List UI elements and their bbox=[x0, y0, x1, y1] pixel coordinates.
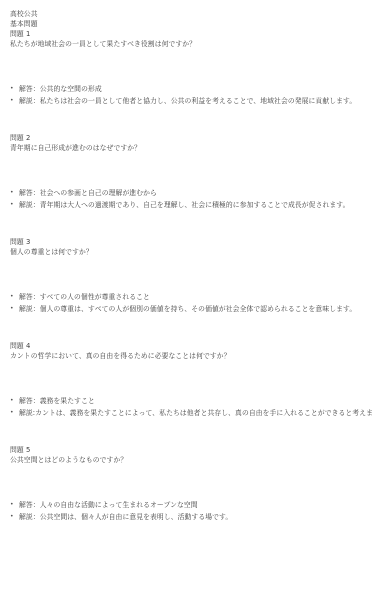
explanation-text: 解説：個人の尊重は、すべての人が個別の価値を持ち、その価値が社会全体で認められる… bbox=[19, 303, 356, 315]
list-item: • 解答：すべての人の個性が尊重されること bbox=[10, 291, 367, 303]
list-item: • 解説：青年期は大人への過渡期であり、自己を理解し、社会に積極的に参加すること… bbox=[10, 199, 367, 211]
answer-list: • 解答：人々の自由な活動によって生まれるオープンな空間 • 解説：公共空間は、… bbox=[10, 499, 367, 523]
bullet-icon: • bbox=[10, 83, 19, 95]
question-text: 個人の尊重とは何ですか？ bbox=[10, 247, 367, 257]
question-section-2: 問題 2 青年期に自己形成が進むのはなぜですか？ • 解答：社会への参画と自己の… bbox=[10, 133, 367, 211]
list-item: • 解答：社会への参画と自己の理解が進むから bbox=[10, 187, 367, 199]
explanation-text: 解説：青年期は大人への過渡期であり、自己を理解し、社会に積極的に参加することで成… bbox=[19, 199, 350, 211]
answer-text: 解答：公共的な空間の形成 bbox=[19, 83, 102, 95]
bullet-icon: • bbox=[10, 407, 19, 419]
explanation-text: 解説：公共空間は、個々人が自由に意見を表明し、活動する場です。 bbox=[19, 511, 232, 523]
document-title: 高校公共 bbox=[10, 9, 367, 19]
answer-list: • 解答：公共的な空間の形成 • 解説：私たちは社会の一員として他者と協力し、公… bbox=[10, 83, 367, 107]
section-header: 問題 2 bbox=[10, 133, 367, 143]
answer-text: 解答：人々の自由な活動によって生まれるオープンな空間 bbox=[19, 499, 198, 511]
bullet-icon: • bbox=[10, 499, 19, 511]
question-section-3: 問題 3 個人の尊重とは何ですか？ • 解答：すべての人の個性が尊重されること … bbox=[10, 237, 367, 315]
question-section-1: 問題 1 私たちが地域社会の一員として果たすべき役割は何ですか？ • 解答：公共… bbox=[10, 29, 367, 107]
section-header: 問題 5 bbox=[10, 445, 367, 455]
bullet-icon: • bbox=[10, 303, 19, 315]
list-item: • 解説:カントは、義務を果たすことによって、私たちは他者と共存し、真の自由を手… bbox=[10, 407, 367, 419]
list-item: • 解答：人々の自由な活動によって生まれるオープンな空間 bbox=[10, 499, 367, 511]
list-item: • 解説：個人の尊重は、すべての人が個別の価値を持ち、その価値が社会全体で認めら… bbox=[10, 303, 367, 315]
answer-text: 解答：社会への参画と自己の理解が進むから bbox=[19, 187, 157, 199]
answer-text: 解答：義務を果たすこと bbox=[19, 395, 95, 407]
answer-list: • 解答：社会への参画と自己の理解が進むから • 解説：青年期は大人への過渡期で… bbox=[10, 187, 367, 211]
bullet-icon: • bbox=[10, 187, 19, 199]
answer-list: • 解答：すべての人の個性が尊重されること • 解説：個人の尊重は、すべての人が… bbox=[10, 291, 367, 315]
section-header: 問題 3 bbox=[10, 237, 367, 247]
section-header: 問題 4 bbox=[10, 341, 367, 351]
bullet-icon: • bbox=[10, 291, 19, 303]
answer-text: 解答：すべての人の個性が尊重されること bbox=[19, 291, 150, 303]
question-text: カントの哲学において、真の自由を得るために必要なことは何ですか？ bbox=[10, 351, 367, 361]
question-section-5: 問題 5 公共空間とはどのようなものですか？ • 解答：人々の自由な活動によって… bbox=[10, 445, 367, 523]
question-text: 公共空間とはどのようなものですか？ bbox=[10, 455, 367, 465]
list-item: • 解答：義務を果たすこと bbox=[10, 395, 367, 407]
question-text: 青年期に自己形成が進むのはなぜですか？ bbox=[10, 143, 367, 153]
list-item: • 解説：公共空間は、個々人が自由に意見を表明し、活動する場です。 bbox=[10, 511, 367, 523]
bullet-icon: • bbox=[10, 199, 19, 211]
list-item: • 解説：私たちは社会の一員として他者と協力し、公共の利益を考えることで、地域社… bbox=[10, 95, 367, 107]
explanation-text: 解説：私たちは社会の一員として他者と協力し、公共の利益を考えることで、地域社会の… bbox=[19, 95, 356, 107]
explanation-text: 解説:カントは、義務を果たすことによって、私たちは他者と共存し、真の自由を手に入… bbox=[19, 407, 373, 419]
bullet-icon: • bbox=[10, 95, 19, 107]
section-header: 問題 1 bbox=[10, 29, 367, 39]
document-page: 高校公共 基本問題 問題 1 私たちが地域社会の一員として果たすべき役割は何です… bbox=[0, 0, 373, 600]
bullet-icon: • bbox=[10, 511, 19, 523]
question-section-4: 問題 4 カントの哲学において、真の自由を得るために必要なことは何ですか？ • … bbox=[10, 341, 367, 419]
answer-list: • 解答：義務を果たすこと • 解説:カントは、義務を果たすことによって、私たち… bbox=[10, 395, 367, 419]
document-subtitle: 基本問題 bbox=[10, 19, 367, 29]
bullet-icon: • bbox=[10, 395, 19, 407]
list-item: • 解答：公共的な空間の形成 bbox=[10, 83, 367, 95]
question-text: 私たちが地域社会の一員として果たすべき役割は何ですか？ bbox=[10, 39, 367, 49]
